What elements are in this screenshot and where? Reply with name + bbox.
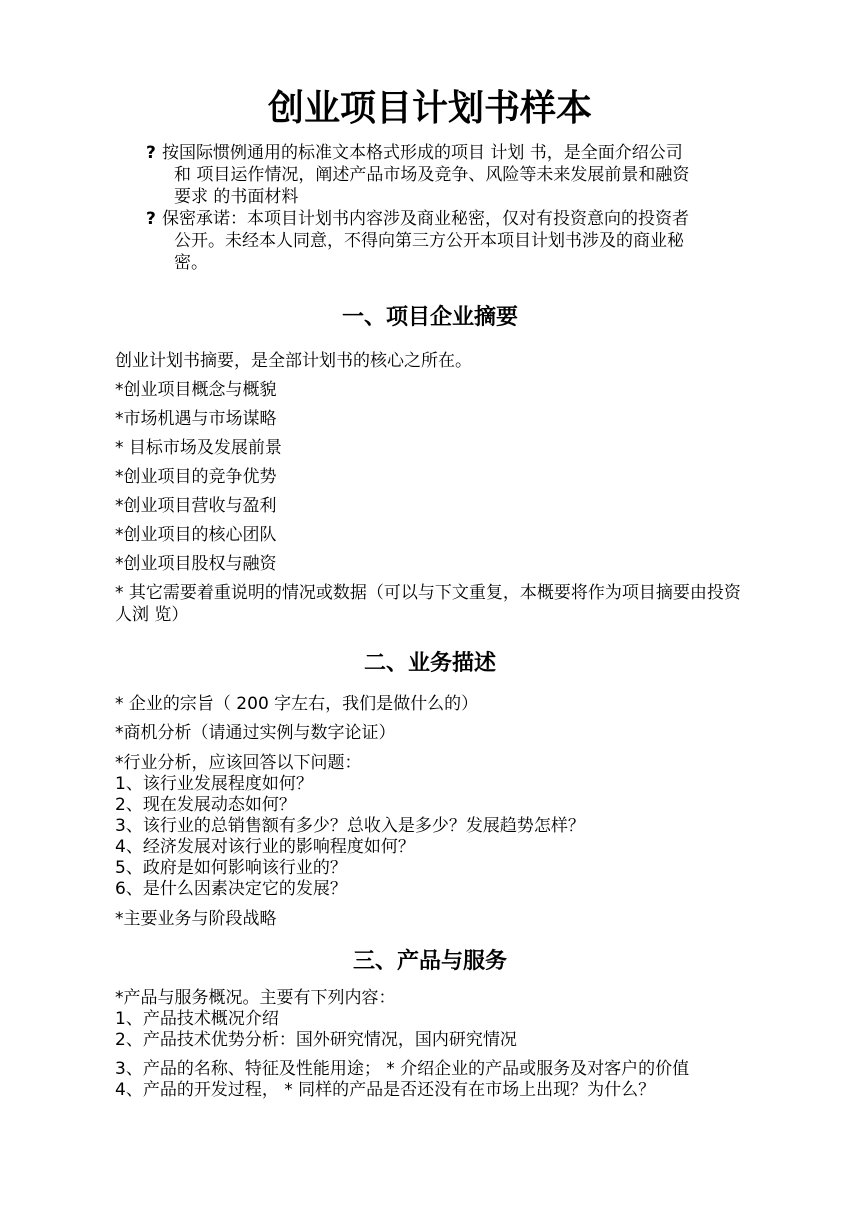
industry-question: 1、该行业发展程度如何？: [115, 774, 770, 795]
notice-bullet: ? 按国际惯例通用的标准文本格式形成的项目 计划 书，是全面介绍公司 和 项目运…: [0, 142, 860, 208]
product-detail-block: 3、产品的名称、特征及性能用途； * 介绍企业的产品或服务及对客户的价值 4、产…: [115, 1059, 770, 1101]
industry-question: 2、现在发展动态如何？: [115, 795, 770, 816]
bullet-line: 要求 的书面材料: [174, 186, 860, 208]
notice-bullet: ? 保密承诺：本项目计划书内容涉及商业秘密，仅对有投资意向的投资者 公开。未经本…: [0, 208, 860, 274]
notice-bullet-list: ? 按国际惯例通用的标准文本格式形成的项目 计划 书，是全面介绍公司 和 项目运…: [0, 142, 860, 274]
list-item: *创业项目概念与概貌: [115, 379, 770, 401]
list-item: *创业项目营收与盈利: [115, 495, 770, 517]
section-heading-products: 三、产品与服务: [0, 950, 860, 974]
list-item: *创业项目的竞争优势: [115, 466, 770, 488]
business-purpose: * 企业的宗旨（ 200 字左右，我们是做什么的）: [115, 693, 770, 715]
section-heading-business: 二、业务描述: [0, 652, 860, 676]
section-heading-summary: 一、项目企业摘要: [0, 306, 860, 330]
product-overview-title: *产品与服务概况。主要有下列内容：: [115, 988, 770, 1009]
industry-question: 6、是什么因素决定它的发展？: [115, 879, 770, 900]
bullet-marker: ?: [146, 208, 156, 230]
bullet-line: 公开。未经本人同意，不得向第三方公开本项目计划书涉及的商业秘: [174, 230, 860, 252]
business-strategy: *主要业务与阶段战略: [115, 908, 770, 930]
industry-question: 3、该行业的总销售额有多少？总收入是多少？发展趋势怎样？: [115, 816, 770, 837]
document-title: 创业项目计划书样本: [0, 88, 860, 130]
bullet-marker: ?: [146, 142, 156, 164]
summary-item-list: *创业项目概念与概貌 *市场机遇与市场谋略 * 目标市场及发展前景 *创业项目的…: [0, 379, 860, 626]
list-item-line: * 其它需要着重说明的情况或数据（可以与下文重复，本概要将作为项目摘要由投资: [115, 582, 770, 604]
product-item: 1、产品技术概况介绍: [115, 1009, 770, 1030]
bullet-line: 保密承诺：本项目计划书内容涉及商业秘密，仅对有投资意向的投资者: [162, 208, 860, 230]
business-opportunity: *商机分析（请通过实例与数字论证）: [115, 722, 770, 744]
list-item-other-notes: * 其它需要着重说明的情况或数据（可以与下文重复，本概要将作为项目摘要由投资 人…: [115, 582, 770, 626]
list-item: *创业项目的核心团队: [115, 524, 770, 546]
product-item: 2、产品技术优势分析：国外研究情况，国内研究情况: [115, 1030, 770, 1051]
bullet-line: 按国际惯例通用的标准文本格式形成的项目 计划 书，是全面介绍公司: [162, 142, 860, 164]
document-page: 创业项目计划书样本 ? 按国际惯例通用的标准文本格式形成的项目 计划 书，是全面…: [0, 0, 860, 1218]
list-item-line: 人浏 览）: [115, 604, 770, 626]
product-item: 3、产品的名称、特征及性能用途； * 介绍企业的产品或服务及对客户的价值: [115, 1059, 770, 1080]
industry-question: 5、政府是如何影响该行业的？: [115, 858, 770, 879]
industry-analysis-block: *行业分析，应该回答以下问题： 1、该行业发展程度如何？ 2、现在发展动态如何？…: [115, 753, 770, 900]
bullet-line: 和 项目运作情况，阐述产品市场及竞争、风险等未来发展前景和融资: [174, 164, 860, 186]
bullet-line: 密。: [174, 252, 860, 274]
list-item: *创业项目股权与融资: [115, 553, 770, 575]
product-overview-block: *产品与服务概况。主要有下列内容： 1、产品技术概况介绍 2、产品技术优势分析：…: [115, 988, 770, 1051]
summary-intro: 创业计划书摘要，是全部计划书的核心之所在。: [115, 350, 770, 372]
list-item: * 目标市场及发展前景: [115, 437, 770, 459]
list-item: *市场机遇与市场谋略: [115, 408, 770, 430]
industry-analysis-title: *行业分析，应该回答以下问题：: [115, 753, 770, 774]
industry-question: 4、经济发展对该行业的影响程度如何？: [115, 837, 770, 858]
product-item: 4、产品的开发过程， * 同样的产品是否还没有在市场上出现？为什么？: [115, 1080, 770, 1101]
